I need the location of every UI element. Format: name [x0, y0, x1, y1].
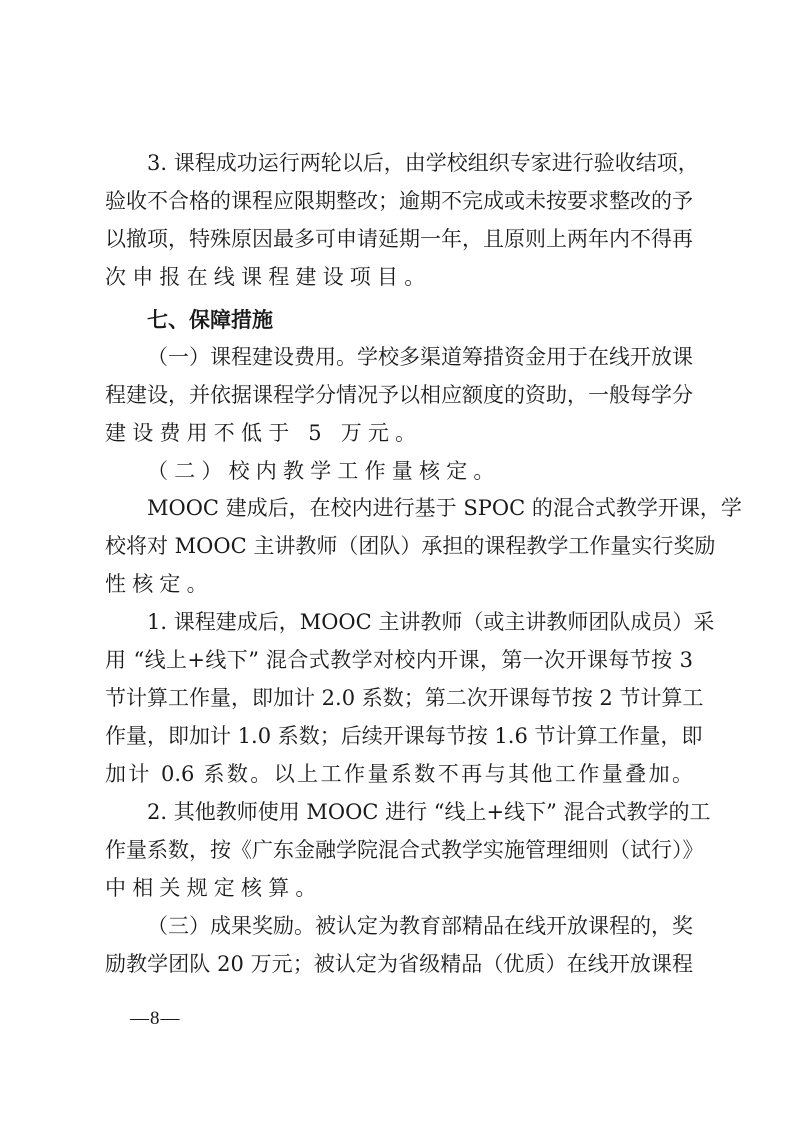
- text-line: 次申报在线课程建设项目。: [105, 262, 693, 292]
- text-line: 程建设，并依据课程学分情况予以相应额度的资助，一般每学分: [105, 380, 693, 410]
- text-line: 用 “线上+线下” 混合式教学对校内开课，第一次开课每节按 3: [105, 645, 693, 675]
- text-line: MOOC 建成后，在校内进行基于 SPOC 的混合式教学开课，学: [147, 493, 693, 523]
- text-line: 1. 课程建成后，MOOC 主讲教师（或主讲教师团队成员）采: [147, 607, 693, 637]
- text-line: 中相关规定核算。: [105, 873, 693, 903]
- text-line: （二）校内教学工作量核定。: [147, 456, 693, 486]
- text-line: 验收不合格的课程应限期整改；逾期不完成或未按要求整改的予: [105, 186, 693, 216]
- text-line: 校将对 MOOC 主讲教师（团队）承担的课程教学工作量实行奖励: [105, 531, 693, 561]
- text-line: 以撤项，特殊原因最多可申请延期一年，且原则上两年内不得再: [105, 224, 693, 254]
- text-line: 加计 0.6 系数。以上工作量系数不再与其他工作量叠加。: [105, 759, 693, 789]
- text-line: 2. 其他教师使用 MOOC 进行 “线上+线下” 混合式教学的工: [147, 797, 693, 827]
- text-line: 性核定。: [105, 569, 693, 599]
- text-line: 3. 课程成功运行两轮以后，由学校组织专家进行验收结项，: [147, 148, 693, 178]
- text-line: 节计算工作量，即加计 2.0 系数；第二次开课每节按 2 节计算工: [105, 683, 693, 713]
- text-line: 励教学团队 20 万元；被认定为省级精品（优质）在线开放课程: [105, 949, 693, 979]
- text-line: （一）课程建设费用。学校多渠道筹措资金用于在线开放课: [147, 342, 693, 372]
- text-line: （三）成果奖励。被认定为教育部精品在线开放课程的，奖: [147, 911, 693, 941]
- text-line: 建设费用不低于 5 万元。: [105, 418, 693, 448]
- document-page: 3. 课程成功运行两轮以后，由学校组织专家进行验收结项， 验收不合格的课程应限期…: [0, 0, 793, 1122]
- text-line: 作量，即加计 1.0 系数；后续开课每节按 1.6 节计算工作量，即: [105, 721, 693, 751]
- section-heading: 七、保障措施: [147, 305, 273, 335]
- page-number: —8—: [130, 1007, 181, 1031]
- text-line: 作量系数，按《广东金融学院混合式教学实施管理细则（试行）》: [105, 835, 693, 865]
